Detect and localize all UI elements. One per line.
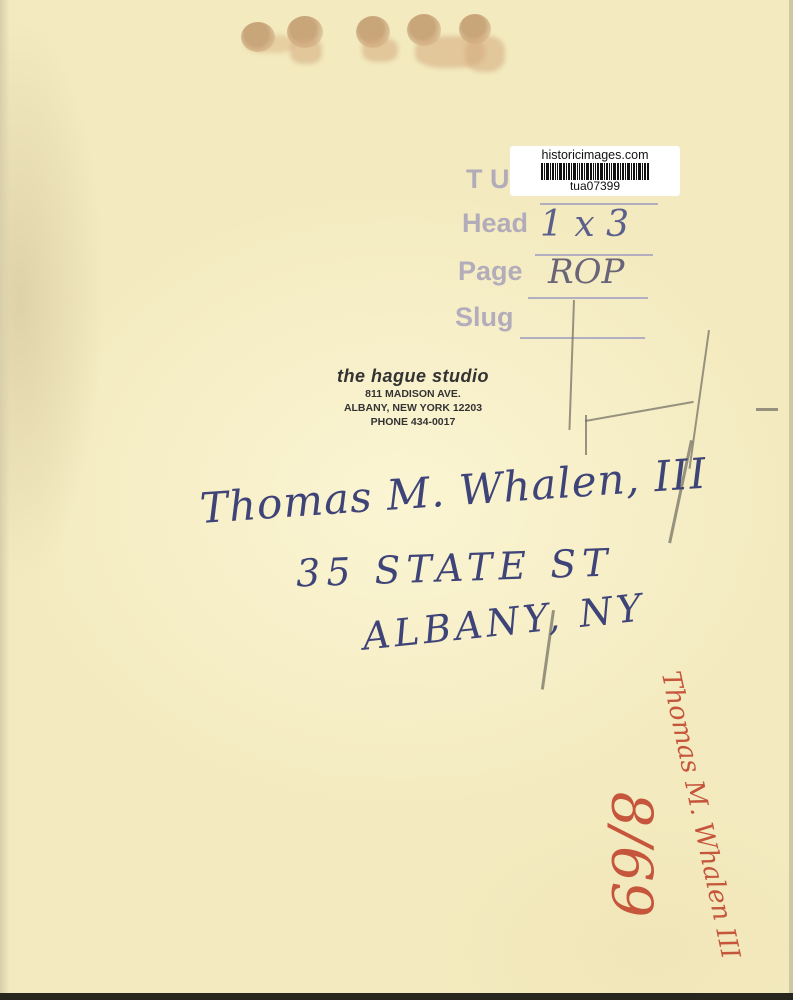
paper-left-edge (0, 0, 10, 993)
stamp-field-label: Head (462, 208, 528, 239)
studio-name: the hague studio (318, 366, 508, 387)
stamp-field-line (520, 337, 645, 339)
stamp-field-label: Slug (455, 302, 514, 333)
studio-address: 811 MADISON AVE. (318, 387, 508, 401)
barcode-label: historicimages.com tua07399 (510, 146, 680, 196)
stamp-field-value: ROP (548, 252, 624, 292)
photo-back-paper: T U Head 1 x 3 Page ROP Slug historicima… (0, 0, 793, 993)
stamp-field-label: Page (458, 256, 523, 287)
handwritten-street: 35 STATE ST (295, 540, 614, 595)
red-vertical-name: Thomas M. Whalen III (652, 655, 748, 974)
handwritten-city: ALBANY, NY (360, 585, 647, 658)
handwritten-name: Thomas M. Whalen, III (198, 449, 708, 533)
studio-city: ALBANY, NEW YORK 12203 (318, 401, 508, 415)
red-date: 8/69 (598, 792, 663, 918)
scan-bottom-edge (0, 993, 793, 1000)
paper-right-edge (789, 0, 793, 993)
studio-stamp: the hague studio 811 MADISON AVE. ALBANY… (318, 366, 508, 429)
label-code: tua07399 (510, 180, 680, 193)
stamp-field-line (528, 297, 648, 299)
stamp-field-value: 1 x 3 (540, 204, 629, 245)
barcode-icon (510, 163, 680, 180)
label-site: historicimages.com (510, 148, 680, 162)
studio-phone: PHONE 434-0017 (318, 415, 508, 429)
stamp-field-label: T U (466, 164, 510, 195)
